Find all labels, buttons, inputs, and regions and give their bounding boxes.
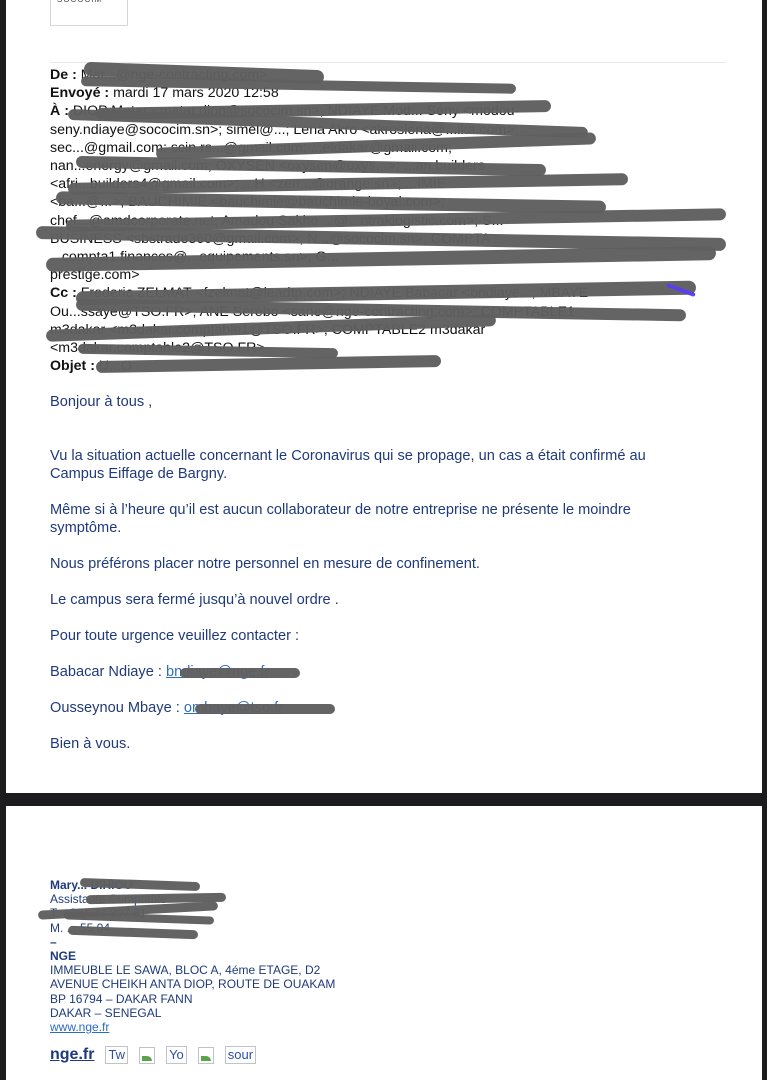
sent-label: Envoyé :	[50, 85, 109, 101]
address-line: BP 16794 – DAKAR FANN	[50, 992, 335, 1006]
soundcloud-icon[interactable]: sour	[225, 1046, 256, 1064]
header-divider	[50, 62, 726, 63]
company-name: NGE	[50, 949, 335, 963]
closing: Bien à vous.	[50, 735, 700, 753]
body-paragraph: Pour toute urgence veuillez contacter :	[50, 627, 700, 645]
body-paragraph: Même si à l’heure qu’il est aucun collab…	[50, 501, 700, 537]
redaction	[180, 668, 300, 678]
broken-image-icon[interactable]	[198, 1047, 214, 1064]
email-body: Bonjour à tous , Vu la situation actuell…	[50, 393, 700, 753]
broken-image-icon[interactable]	[139, 1047, 155, 1064]
body-paragraph: Vu la situation actuelle concernant le C…	[50, 447, 700, 483]
social-links: nge.fr Tw Yo sour	[50, 1046, 256, 1064]
from-label: De :	[50, 67, 77, 83]
address-line: AVENUE CHEIKH ANTA DIOP, ROUTE DE OUAKAM	[50, 977, 335, 991]
contact-name: Ousseynou Mbaye :	[50, 700, 184, 716]
youtube-icon[interactable]: Yo	[166, 1046, 187, 1064]
contact-line: Ousseynou Mbaye : ombaye@tso.fr	[50, 699, 700, 717]
to-label: À :	[50, 103, 69, 119]
website-link[interactable]: www.nge.fr	[50, 1020, 335, 1034]
contact-line: Babacar Ndiaye : bndiaye@nge.fr	[50, 663, 700, 681]
site-link[interactable]: nge.fr	[50, 1046, 94, 1064]
contact-name: Babacar Ndiaye :	[50, 664, 166, 680]
twitter-icon[interactable]: Tw	[105, 1046, 128, 1064]
logo-text: SOCOCIM	[57, 0, 102, 4]
greeting: Bonjour à tous ,	[50, 393, 700, 411]
subject-label: Objet :	[50, 358, 95, 374]
email-page-2: Mary... DIHIOU Assistante Comptable T. +…	[6, 806, 762, 1080]
address-line: IMMEUBLE LE SAWA, BLOC A, 4éme ETAGE, D2	[50, 963, 335, 977]
address-line: DAKAR – SENEGAL	[50, 1006, 335, 1020]
company-logo: SOCOCIM	[50, 0, 128, 26]
body-paragraph: Le campus sera fermé jusqu’à nouvel ordr…	[50, 591, 700, 609]
body-paragraph: Nous préférons placer notre personnel en…	[50, 555, 700, 573]
redaction	[195, 704, 335, 714]
email-page-1: SOCOCIM De : Mar...@nge-contracting.com>…	[6, 0, 762, 793]
cc-label: Cc :	[50, 285, 77, 301]
